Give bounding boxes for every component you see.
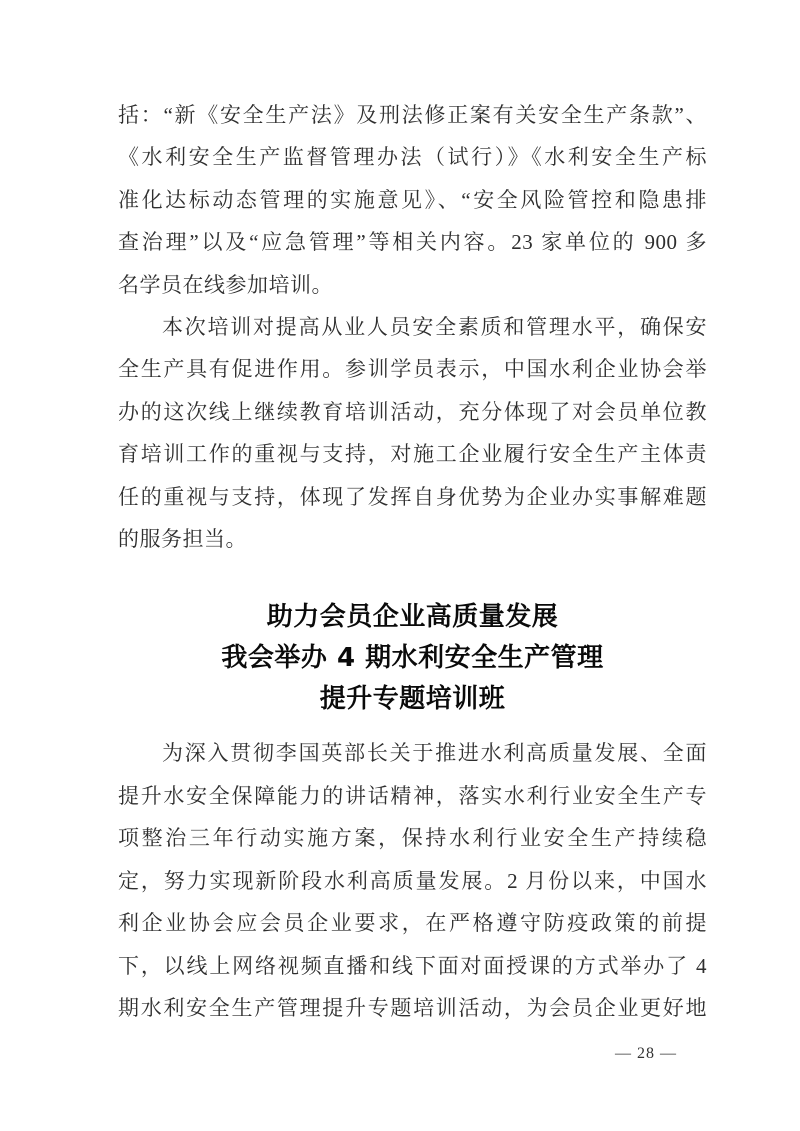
text-line: 《水利安全生产监督管理办法（试行）》《水利安全生产标 [118,136,707,178]
text-line: 期水利安全生产管理提升专题培训活动，为会员企业更好地 [118,987,707,1029]
text-line: 名学员在线参加培训。 [118,264,707,306]
heading-line: 助力会员企业高质量发展 [118,597,707,638]
paragraph-new-article-intro: 为深入贯彻李国英部长关于推进水利高质量发展、全面提升水安全保障能力的讲话精神，落… [118,732,707,1029]
text-line: 全生产具有促进作用。参训学员表示，中国水利企业协会举 [118,348,707,390]
document-page: 括：“新《安全生产法》及刑法修正案有关安全生产条款”、《水利安全生产监督管理办法… [0,0,800,1131]
paragraph-training-effect: 本次培训对提高从业人员安全素质和管理水平，确保安全生产具有促进作用。参训学员表示… [118,306,707,560]
heading-line: 提升专题培训班 [118,679,707,720]
text-line: 提升水安全保障能力的讲话精神，落实水利行业安全生产专 [118,775,707,817]
text-line: 为深入贯彻李国英部长关于推进水利高质量发展、全面 [118,732,707,774]
text-line: 办的这次线上继续教育培训活动，充分体现了对会员单位教 [118,391,707,433]
text-line: 定，努力实现新阶段水利高质量发展。2 月份以来，中国水 [118,860,707,902]
heading-line: 我会举办 4 期水利安全生产管理 [118,638,707,679]
page-number: — 28 — [615,1044,677,1064]
text-line: 下，以线上网络视频直播和线下面对面授课的方式举办了 4 [118,945,707,987]
text-line: 本次培训对提高从业人员安全素质和管理水平，确保安 [118,306,707,348]
text-line: 项整治三年行动实施方案，保持水利行业安全生产持续稳 [118,817,707,859]
text-line: 查治理”以及“应急管理”等相关内容。23 家单位的 900 多 [118,221,707,263]
text-line: 准化达标动态管理的实施意见》、“安全风险管控和隐患排 [118,179,707,221]
text-line: 利企业协会应会员企业要求，在严格遵守防疫政策的前提 [118,902,707,944]
text-line: 任的重视与支持，体现了发挥自身优势为企业办实事解难题 [118,476,707,518]
paragraph-continued-from-previous-page: 括：“新《安全生产法》及刑法修正案有关安全生产条款”、《水利安全生产监督管理办法… [118,94,707,306]
text-line: 的服务担当。 [118,518,707,560]
text-line: 括：“新《安全生产法》及刑法修正案有关安全生产条款”、 [118,94,707,136]
text-line: 育培训工作的重视与支持，对施工企业履行安全生产主体责 [118,433,707,475]
article-heading: 助力会员企业高质量发展我会举办 4 期水利安全生产管理提升专题培训班 [118,597,707,720]
